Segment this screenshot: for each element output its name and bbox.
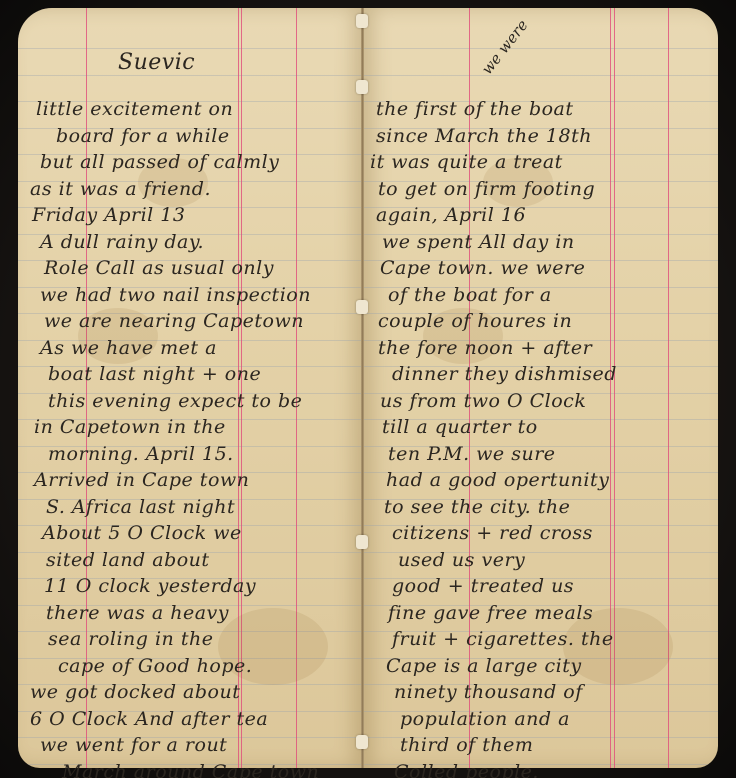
- handwritten-line: 11 O clock yesterday: [44, 575, 256, 597]
- handwritten-line: dinner they dishmised: [392, 363, 617, 385]
- handwritten-line: it was quite a treat: [370, 151, 563, 173]
- page-heading: Suevic: [118, 50, 195, 75]
- handwritten-line: sited land about: [46, 549, 210, 571]
- handwritten-line: used us very: [398, 549, 525, 571]
- handwritten-line: cape of Good hope.: [58, 655, 252, 677]
- handwritten-line: the first of the boat: [376, 98, 574, 120]
- binding-stitch: [356, 535, 368, 549]
- handwritten-line: to see the city. the: [384, 496, 570, 518]
- handwritten-line: Cape town. we were: [380, 257, 585, 279]
- handwritten-line: we spent All day in: [382, 231, 575, 253]
- handwritten-line: we had two nail inspection: [40, 284, 311, 306]
- handwritten-line: since March the 18th: [376, 125, 592, 147]
- notebook-spine: [361, 8, 364, 768]
- handwritten-line: we are nearing Capetown: [44, 310, 304, 332]
- handwritten-line: third of them: [400, 734, 533, 756]
- handwritten-line: citizens + red cross: [392, 522, 593, 544]
- handwritten-line: A dull rainy day.: [40, 231, 204, 253]
- handwritten-line: couple of houres in: [378, 310, 572, 332]
- binding-stitch: [356, 80, 368, 94]
- ruled-line: [363, 75, 718, 76]
- handwritten-line: fruit + cigarettes. the: [392, 628, 614, 650]
- handwritten-line: in Capetown in the: [34, 416, 226, 438]
- handwritten-line: population and a: [400, 708, 570, 730]
- binding-stitch: [356, 14, 368, 28]
- ruled-line: [18, 48, 363, 49]
- handwritten-line: morning. April 15.: [48, 443, 234, 465]
- handwritten-line: board for a while: [56, 125, 230, 147]
- handwritten-line: Colled people.: [394, 761, 539, 778]
- handwritten-line: little excitement on: [36, 98, 233, 120]
- handwritten-line: to get on firm footing: [378, 178, 595, 200]
- handwritten-line: S. Africa last night: [46, 496, 235, 518]
- handwritten-line: ninety thousand of: [394, 681, 583, 703]
- handwritten-line: 6 O Clock And after tea: [30, 708, 268, 730]
- handwritten-line: us from two O Clock: [380, 390, 586, 412]
- handwritten-line: but all passed of calmly: [40, 151, 279, 173]
- handwritten-line: had a good opertunity: [386, 469, 609, 491]
- handwritten-line: boat last night + one: [48, 363, 261, 385]
- handwritten-line: March around Cape town: [62, 761, 319, 778]
- handwritten-line: ten P.M. we sure: [388, 443, 556, 465]
- handwritten-line: As we have met a: [40, 337, 217, 359]
- handwritten-line: till a quarter to: [382, 416, 538, 438]
- handwritten-line: we went for a rout: [40, 734, 227, 756]
- handwritten-line: good + treated us: [392, 575, 574, 597]
- handwritten-line: again, April 16: [376, 204, 526, 226]
- handwritten-line: sea roling in the: [48, 628, 213, 650]
- handwritten-line: Role Call as usual only: [44, 257, 274, 279]
- handwritten-line: Cape is a large city: [386, 655, 582, 677]
- handwritten-line: we got docked about: [30, 681, 240, 703]
- handwritten-line: fine gave free meals: [388, 602, 593, 624]
- binding-stitch: [356, 300, 368, 314]
- handwritten-line: About 5 O Clock we: [42, 522, 242, 544]
- handwritten-line: Arrived in Cape town: [34, 469, 249, 491]
- handwritten-line: the fore noon + after: [378, 337, 592, 359]
- binding-stitch: [356, 735, 368, 749]
- ruled-line: [363, 48, 718, 49]
- handwritten-line: this evening expect to be: [48, 390, 302, 412]
- handwritten-line: Friday April 13: [32, 204, 185, 226]
- handwritten-line: as it was a friend.: [30, 178, 211, 200]
- handwritten-line: of the boat for a: [388, 284, 552, 306]
- handwritten-line: there was a heavy: [46, 602, 229, 624]
